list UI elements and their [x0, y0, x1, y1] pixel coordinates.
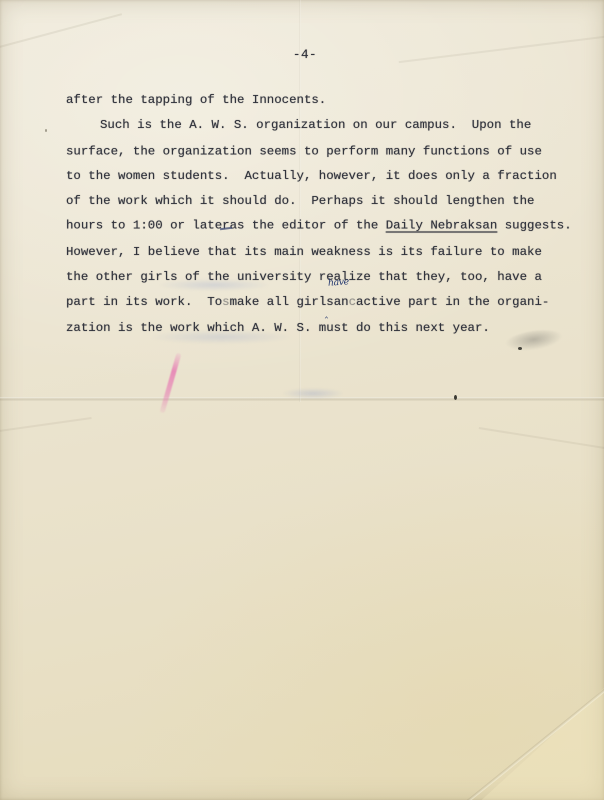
typed-segment: surface, the organization seems to perfo… [66, 144, 542, 158]
typed-line: part in its work. Tosmake all girlsanhav… [66, 290, 586, 315]
typed-segment: as the editor of the [230, 219, 386, 233]
typed-line: Such is the A. W. S. organization on our… [66, 113, 586, 138]
handwritten-insertion: have [327, 278, 348, 289]
typed-line: the other girls of the university realiz… [66, 265, 586, 290]
typed-segment: suggests. [497, 219, 571, 233]
typed-segment: Daily Nebraksan [386, 219, 498, 233]
typed-segment: hours to 1:00 or late [66, 219, 222, 233]
ink-speck-1 [454, 395, 457, 400]
typed-segment: of the work which it should do. Perhaps … [66, 194, 534, 208]
typed-segment: zation is the work which A. W. S. must d… [66, 321, 490, 335]
typed-segment: to the women students. Actually, however… [66, 169, 557, 183]
typed-segment: the other girls of the university realiz… [66, 270, 542, 284]
top-left-crease [0, 13, 122, 49]
bottom-right-diagonal-crease [464, 683, 604, 800]
ink-speck-2 [518, 347, 522, 350]
typed-insertion-point: anhave‸ [334, 290, 349, 315]
page-number: -4- [0, 48, 604, 62]
typed-text-block: after the tapping of the Innocents.Such … [66, 88, 586, 341]
scanned-page: -4- after the tapping of the Innocents.S… [0, 0, 604, 800]
typed-line: after the tapping of the Innocents. [66, 88, 586, 113]
mid-left-crease [0, 417, 92, 433]
insertion-caret: ‸ [325, 310, 328, 320]
ink-speck-3 [45, 129, 47, 132]
pink-pencil-mark [160, 353, 182, 414]
typed-segment: part in its work. To [66, 295, 222, 309]
horizontal-fold-crease [0, 397, 604, 401]
typed-line: However, I believe that its main weaknes… [66, 240, 586, 265]
typed-segment: Such is the A. W. S. organization on our… [100, 118, 531, 132]
typed-line: surface, the organization seems to perfo… [66, 139, 586, 164]
typed-segment: active part in the organi- [356, 295, 549, 309]
typed-segment: make all girls [230, 295, 334, 309]
typed-line: to the women students. Actually, however… [66, 164, 586, 189]
typed-segment: However, I believe that its main weaknes… [66, 245, 542, 259]
typed-segment: r [222, 214, 229, 239]
bottom-right-corner-fold [468, 688, 604, 800]
typed-line: of the work which it should do. Perhaps … [66, 189, 586, 214]
typed-segment: c [349, 295, 356, 309]
typed-segment: s [222, 295, 229, 309]
typed-segment: after the tapping of the Innocents. [66, 93, 326, 107]
typed-line: hours to 1:00 or lateras the editor of t… [66, 214, 586, 239]
ink-smudge-3 [282, 388, 344, 399]
mid-right-crease [479, 427, 604, 451]
